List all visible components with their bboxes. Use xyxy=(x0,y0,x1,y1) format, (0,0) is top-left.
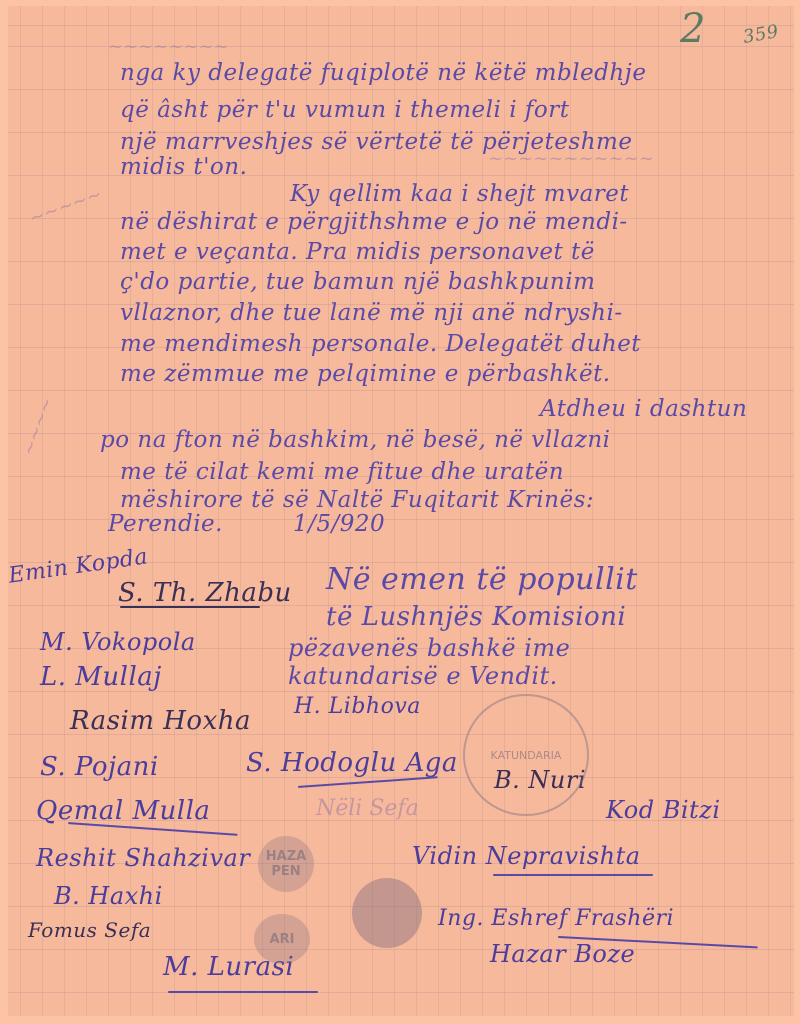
signature: Rasim Hoxha xyxy=(70,706,251,736)
dark-round-stamp xyxy=(352,878,422,948)
body-line: met e veçanta. Pra midis personavet të xyxy=(120,239,595,265)
ghost-signature: Nëli Sefa xyxy=(316,796,419,821)
bleed-through-mark: ~~~~~~~~ xyxy=(108,36,229,57)
signature: Qemal Mulla xyxy=(36,796,210,826)
body-line: një marrveshjes së vërtetë të përjeteshm… xyxy=(120,129,632,155)
stamp-label: ARI xyxy=(270,932,295,947)
stamp-label: KATUNDARIA xyxy=(491,749,562,762)
signature: S. Hodoglu Aga xyxy=(246,748,458,778)
stamp-label: HAZA PEN xyxy=(258,849,314,879)
body-line: po na fton në bashkim, në besë, në vllaz… xyxy=(100,427,611,453)
body-line: mëshirore të së Naltë Fuqitarit Krinës: xyxy=(120,487,594,513)
archive-number: 359 xyxy=(741,21,780,48)
page-number: 2 xyxy=(680,6,706,52)
faint-stamp: HAZA PEN xyxy=(258,836,314,892)
document-page: 2 359 ~~~~~~~~ ~~~~~~~~~~~ ~~~~~ ~~~~ ng… xyxy=(8,6,794,1016)
signature: Ing. Eshref Frashëri xyxy=(438,906,674,931)
body-line: me të cilat kemi me fitue dhe uratën xyxy=(120,459,564,485)
body-line: në dëshirat e përgjithshme e jo në mendi… xyxy=(120,209,628,235)
place: Perendie. xyxy=(108,511,223,537)
body-line: Ky qellim kaa i shejt mvaret xyxy=(290,181,629,207)
signature: B. Haxhi xyxy=(54,882,163,910)
bleed-through-mark: ~~~~~ xyxy=(27,184,105,230)
body-line: midis t'on. xyxy=(120,154,247,180)
body-line: ç'do partie, tue bamun një bashkpunim xyxy=(120,269,595,295)
signature-underline xyxy=(168,991,318,993)
declaration-line: katundarisë e Vendit. xyxy=(288,662,558,690)
signature-underline xyxy=(298,776,438,788)
signature: L. Mullaj xyxy=(40,662,162,692)
signature: S. Pojani xyxy=(40,752,159,782)
body-line: Atdheu i dashtun xyxy=(540,396,747,422)
date: 1/5/920 xyxy=(293,511,385,537)
declaration-line: të Lushnjës Komisioni xyxy=(326,602,626,632)
signature: M. Vokopola xyxy=(40,628,196,656)
signature: Hazar Boze xyxy=(490,940,635,968)
signature-underline xyxy=(120,606,260,608)
declaration-line: pëzavenës bashkë ime xyxy=(288,634,570,662)
body-line: vllaznor, dhe tue lanë më nji anë ndrysh… xyxy=(120,300,623,326)
signature: Fomus Sefa xyxy=(28,918,151,942)
declaration-line: Në emen të popullit xyxy=(326,562,638,597)
signature: Reshit Shahzivar xyxy=(36,844,250,872)
faint-stamp: ARI xyxy=(254,914,310,964)
body-line: me zëmmue me pelqimine e përbashkët. xyxy=(120,361,611,387)
body-line: që âsht për t'u vumun i themeli i fort xyxy=(120,97,569,123)
signature: S. Th. Zhabu xyxy=(118,578,292,608)
signature: Vidin Nepravishta xyxy=(412,842,641,870)
signature: H. Libhova xyxy=(294,694,421,719)
signature-underline xyxy=(493,874,653,876)
body-line: nga ky delegatë fuqiplotë në këtë mbledh… xyxy=(120,60,646,86)
body-line: me mendimesh personale. Delegatët duhet xyxy=(120,331,641,357)
seal-stamp: KATUNDARIA xyxy=(463,694,589,816)
signature: Kod Bitzi xyxy=(606,796,721,824)
bleed-through-mark: ~~~~ xyxy=(18,395,58,459)
